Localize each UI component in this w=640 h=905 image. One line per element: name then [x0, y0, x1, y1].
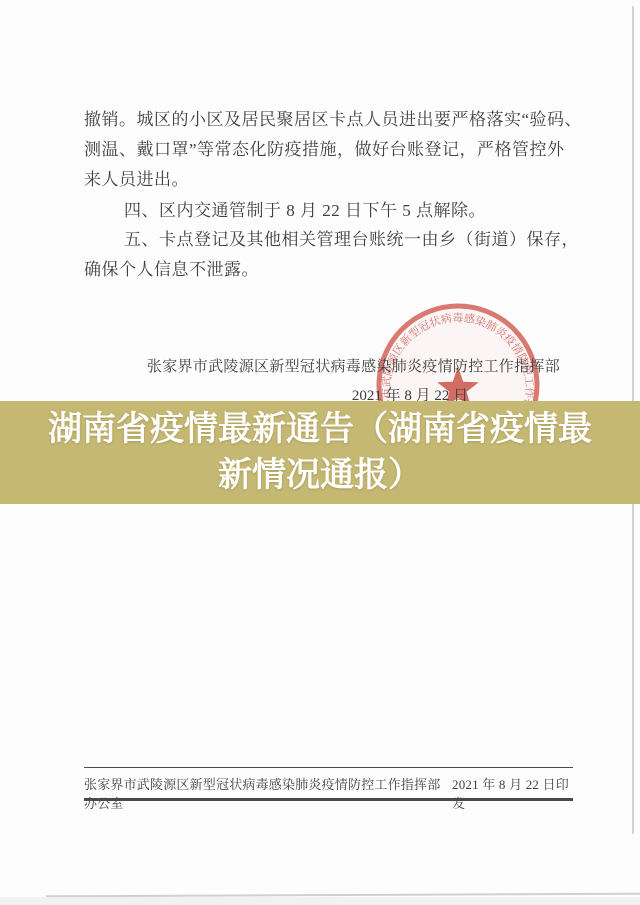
- footer-issuance-row: 张家界市武陵源区新型冠状病毒感染肺炎疫情防控工作指挥部办公室 2021 年 8 …: [84, 774, 573, 812]
- footer-print-date: 2021 年 8 月 22 日印发: [452, 774, 573, 812]
- headline-title: 湖南省疫情最新通告（湖南省疫情最新情况通报）: [42, 401, 598, 498]
- body-text-line-item-4: 四、区内交通管制于 8 月 22 日下午 5 点解除。: [124, 200, 616, 221]
- footer-thin-rule: [84, 767, 573, 768]
- body-text-line-item-5: 五、卡点登记及其他相关管理台账统一由乡（街道）保存，: [124, 229, 616, 250]
- body-text-line: 撤销。城区的小区及居民聚居区卡点人员进出要严格落实“验码、: [84, 109, 576, 130]
- body-text-line: 来人员进出。: [84, 169, 576, 190]
- signature-organization: 张家界市武陵源区新型冠状病毒感染肺炎疫情防控工作指挥部: [84, 355, 560, 376]
- headline-overlay-banner: 湖南省疫情最新通告（湖南省疫情最新情况通报）: [0, 401, 640, 504]
- body-text-line: 确保个人信息不泄露。: [84, 259, 576, 280]
- footer-thick-rule: [84, 798, 573, 801]
- scanned-document-page: 撤销。城区的小区及居民聚居区卡点人员进出要严格落实“验码、 测温、戴口罩”等常态…: [0, 0, 640, 905]
- footer-issuing-office: 张家界市武陵源区新型冠状病毒感染肺炎疫情防控工作指挥部办公室: [84, 774, 452, 812]
- page-bottom-shade: [0, 897, 640, 905]
- body-text-line: 测温、戴口罩”等常态化防疫措施，做好台账登记，严格管控外: [84, 139, 576, 160]
